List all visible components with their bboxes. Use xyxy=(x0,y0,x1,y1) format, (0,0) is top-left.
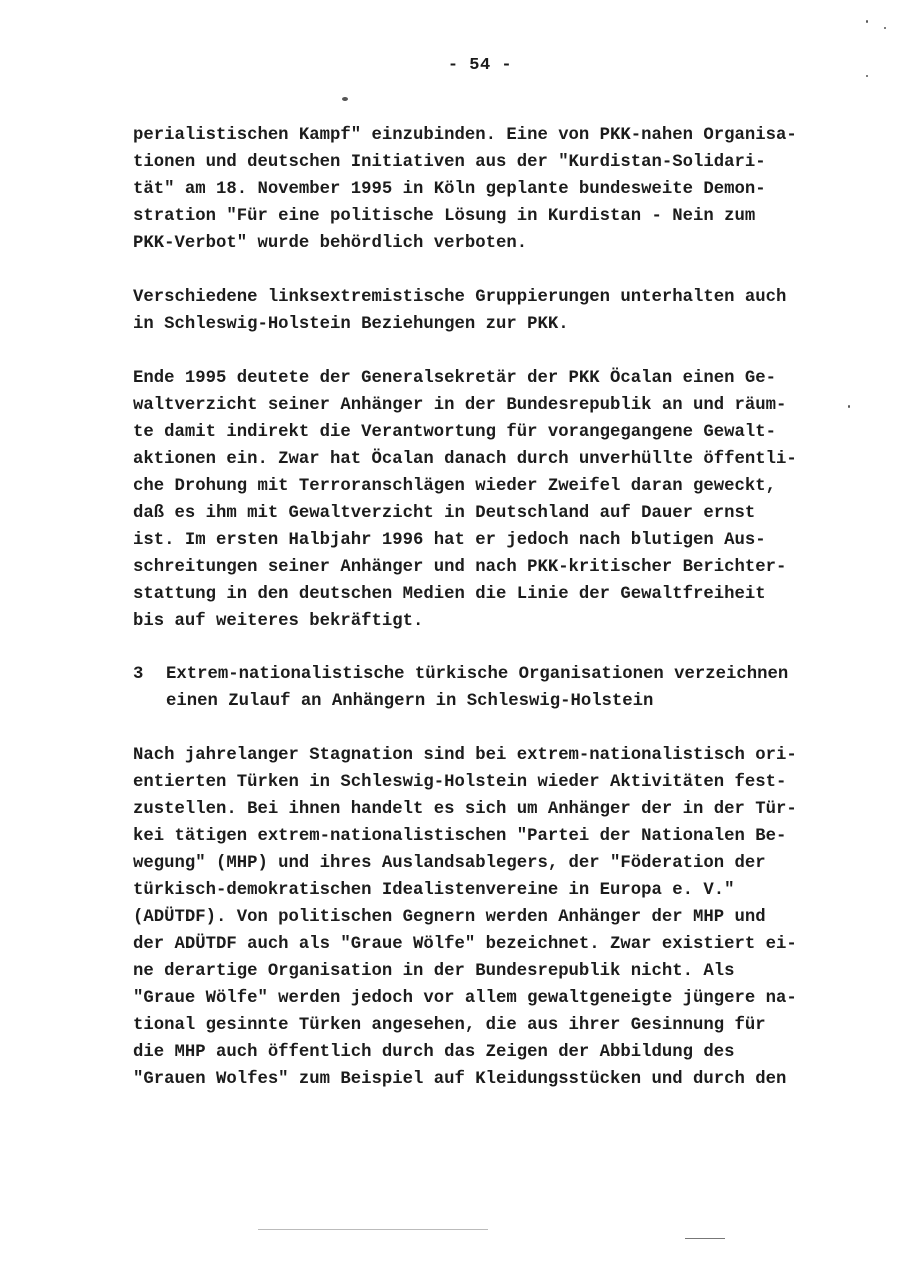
paragraph-line: waltverzicht seiner Anhänger in der Bund… xyxy=(133,396,786,416)
paragraph-line: "Grauen Wolfes" zum Beispiel auf Kleidun… xyxy=(133,1070,786,1090)
paragraph-line: ne derartige Organisation in der Bundesr… xyxy=(133,962,735,982)
section-number: 3 xyxy=(133,665,143,685)
paragraph-line: kei tätigen extrem-nationalistischen "Pa… xyxy=(133,827,786,847)
paragraph-line: bis auf weiteres bekräftigt. xyxy=(133,612,423,632)
paragraph-line: (ADÜTDF). Von politischen Gegnern werden… xyxy=(133,908,766,928)
scan-speck xyxy=(848,405,850,408)
paragraph-line: PKK-Verbot" wurde behördlich verboten. xyxy=(133,234,527,254)
paragraph-line: Nach jahrelanger Stagnation sind bei ext… xyxy=(133,746,797,766)
paragraph-line: te damit indirekt die Verantwortung für … xyxy=(133,423,776,443)
paragraph-line: Ende 1995 deutete der Generalsekretär de… xyxy=(133,369,776,389)
paragraph-line: perialistischen Kampf" einzubinden. Eine… xyxy=(133,126,797,146)
paragraph-line: der ADÜTDF auch als "Graue Wölfe" bezeic… xyxy=(133,935,797,955)
paragraph-line: wegung" (MHP) und ihres Auslandsablegers… xyxy=(133,854,766,874)
paragraph-line: tionen und deutschen Initiativen aus der… xyxy=(133,153,766,173)
scan-speck xyxy=(866,75,868,77)
paragraph-line: daß es ihm mit Gewaltverzicht in Deutsch… xyxy=(133,504,755,524)
page-number: - 54 - xyxy=(0,56,900,75)
paragraph-line: zustellen. Bei ihnen handelt es sich um … xyxy=(133,800,797,820)
paragraph-line: Verschiedene linksextremistische Gruppie… xyxy=(133,288,786,308)
paragraph-line: stration "Für eine politische Lösung in … xyxy=(133,207,755,227)
paragraph-line: stattung in den deutschen Medien die Lin… xyxy=(133,585,766,605)
scan-artifact-line xyxy=(685,1238,725,1239)
scan-speck xyxy=(884,27,886,29)
paragraph-line: aktionen ein. Zwar hat Öcalan danach dur… xyxy=(133,450,797,470)
paragraph-line: "Graue Wölfe" werden jedoch vor allem ge… xyxy=(133,989,797,1009)
paragraph-line: tional gesinnte Türken angesehen, die au… xyxy=(133,1016,766,1036)
section-title-line: Extrem-nationalistische türkische Organi… xyxy=(166,665,788,685)
paragraph-line: che Drohung mit Terroranschlägen wieder … xyxy=(133,477,776,497)
section-title-line: einen Zulauf an Anhängern in Schleswig-H… xyxy=(166,692,653,712)
paragraph-line: tät" am 18. November 1995 in Köln geplan… xyxy=(133,180,766,200)
scan-speck xyxy=(866,20,868,23)
paragraph-line: entierten Türken in Schleswig-Holstein w… xyxy=(133,773,786,793)
paragraph-line: in Schleswig-Holstein Beziehungen zur PK… xyxy=(133,315,569,335)
paragraph-line: türkisch-demokratischen Idealistenverein… xyxy=(133,881,735,901)
scan-artifact-line xyxy=(258,1229,488,1230)
paragraph-line: ist. Im ersten Halbjahr 1996 hat er jedo… xyxy=(133,531,766,551)
scan-speck xyxy=(342,97,348,101)
paragraph-line: schreitungen seiner Anhänger und nach PK… xyxy=(133,558,786,578)
paragraph-line: die MHP auch öffentlich durch das Zeigen… xyxy=(133,1043,735,1063)
